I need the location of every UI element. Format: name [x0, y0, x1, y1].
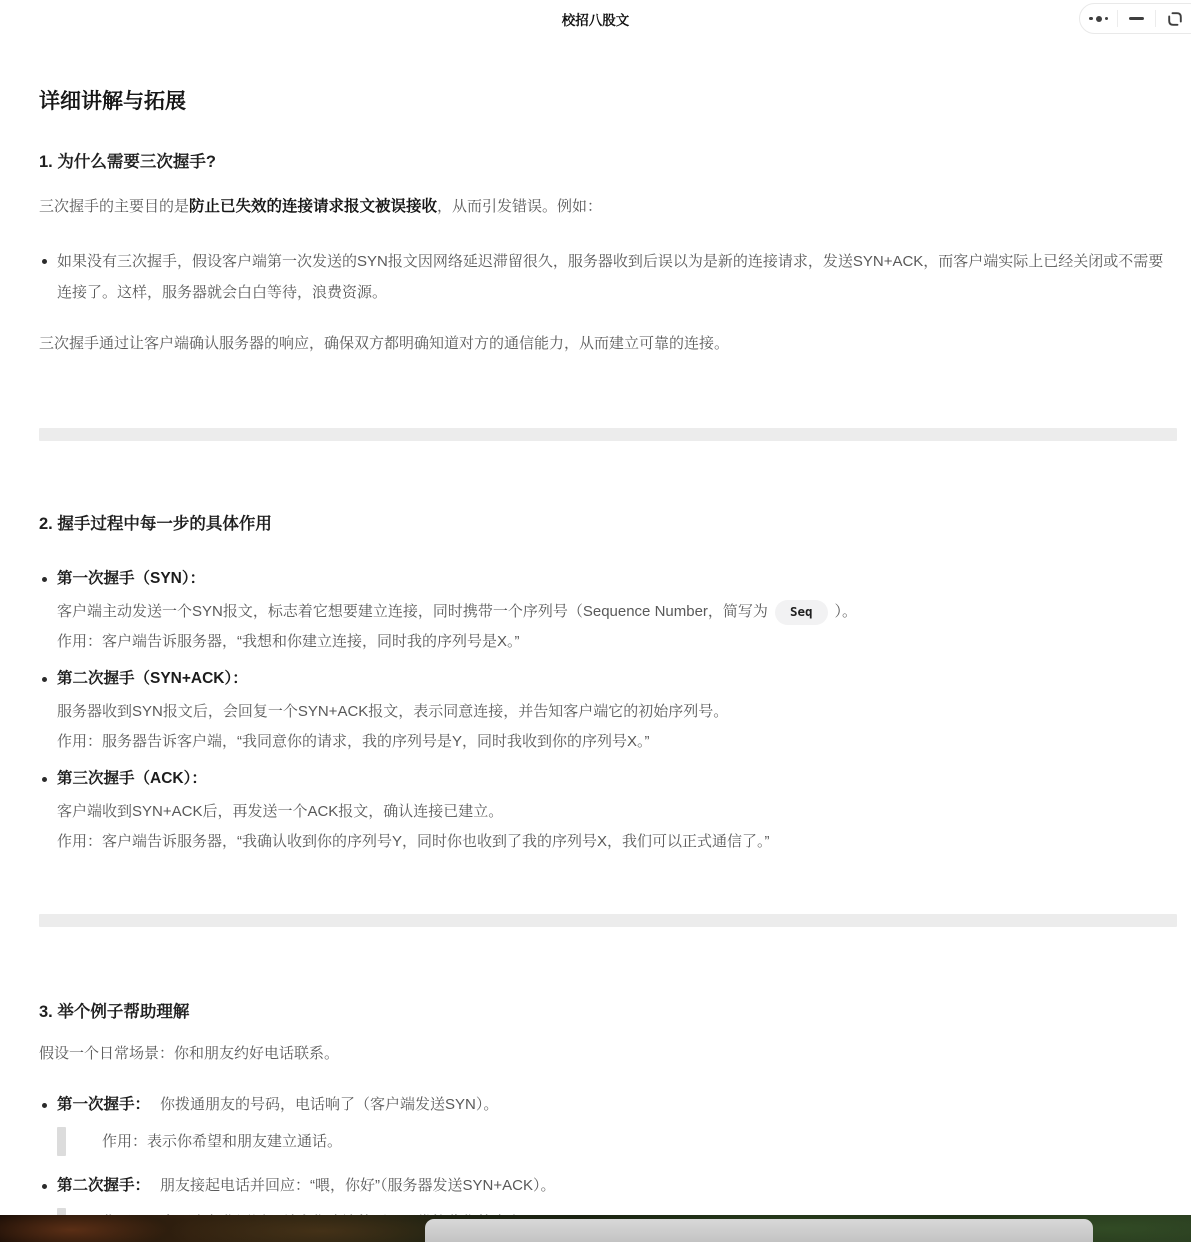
background-window-top[interactable] [425, 1219, 1093, 1242]
more-button[interactable] [1080, 16, 1117, 22]
bullet-icon [42, 777, 47, 782]
handshake1-desc: 客户端主动发送一个SYN报文，标志着它想要建立连接，同时携带一个序列号（Sequ… [57, 597, 1177, 657]
bullet-icon [42, 677, 47, 682]
handshake2-desc: 服务器收到SYN报文后，会回复一个SYN+ACK报文，表示同意连接，并告知客户端… [57, 697, 1177, 757]
doc-heading-main: 详细讲解与拓展 [39, 88, 1177, 115]
document-window: 校招八股文 详细讲解与拓展 1. 为什么需要三次握手? 三次握手的主要目的是防止… [0, 0, 1191, 1215]
list-item: 第二次握手：朋友接起电话并回应：“喂，你好”（服务器发送SYN+ACK）。 作用… [39, 1174, 1177, 1215]
example1-quote: 作用：表示你希望和朋友建立通话。 [57, 1127, 1177, 1156]
section1-intro-bold: 防止已失效的连接请求报文被误接收 [189, 198, 437, 215]
more-icon [1089, 16, 1108, 22]
section1-list: 如果没有三次握手，假设客户端第一次发送的SYN报文因网络延迟滞留很久，服务器收到… [39, 246, 1177, 308]
section-divider [39, 914, 1177, 927]
handshake2-title: 第二次握手（SYN+ACK）： [57, 667, 1177, 691]
list-item: 第一次握手：你拨通朋友的号码，电话响了（客户端发送SYN）。 作用：表示你希望和… [39, 1093, 1177, 1156]
section3-heading: 3. 举个例子帮助理解 [39, 1001, 1177, 1023]
list-item: 第三次握手（ACK）： 客户端收到SYN+ACK后，再发送一个ACK报文，确认连… [39, 767, 1177, 857]
bullet-icon [42, 1103, 47, 1108]
section1-heading: 1. 为什么需要三次握手? [39, 151, 1177, 173]
restore-icon [1166, 10, 1184, 28]
page-title: 校招八股文 [0, 9, 1191, 29]
minimize-icon [1129, 17, 1144, 20]
minimize-button[interactable] [1118, 17, 1155, 20]
bullet-icon [42, 259, 47, 264]
quote-bar [57, 1208, 66, 1215]
section3-intro: 假设一个日常场景：你和朋友约好电话联系。 [39, 1042, 1177, 1066]
restore-button[interactable] [1156, 10, 1191, 28]
section3-list: 第一次握手：你拨通朋友的号码，电话响了（客户端发送SYN）。 作用：表示你希望和… [39, 1093, 1177, 1215]
titlebar: 校招八股文 [0, 0, 1191, 36]
section-divider [39, 428, 1177, 441]
list-item: 第二次握手（SYN+ACK）： 服务器收到SYN报文后，会回复一个SYN+ACK… [39, 667, 1177, 757]
section1-conclusion: 三次握手通过让客户端确认服务器的响应，确保双方都明确知道对方的通信能力，从而建立… [39, 332, 1177, 356]
list-item: 如果没有三次握手，假设客户端第一次发送的SYN报文因网络延迟滞留很久，服务器收到… [39, 246, 1177, 308]
section2-list: 第一次握手（SYN）： 客户端主动发送一个SYN报文，标志着它想要建立连接，同时… [39, 567, 1177, 857]
document-body: 详细讲解与拓展 1. 为什么需要三次握手? 三次握手的主要目的是防止已失效的连接… [0, 88, 1191, 1215]
seq-badge: Seq [775, 600, 828, 625]
window-capsule [1079, 3, 1191, 34]
bullet-icon [42, 577, 47, 582]
example2-line: 第二次握手：朋友接起电话并回应：“喂，你好”（服务器发送SYN+ACK）。 [57, 1174, 1177, 1198]
example2-quote: 作用：朋友同意与你通话，并向你确认他可以正常接收你的声音。 [57, 1208, 1177, 1215]
handshake3-desc: 客户端收到SYN+ACK后，再发送一个ACK报文，确认连接已建立。作用：客户端告… [57, 797, 1177, 857]
section1-intro: 三次握手的主要目的是防止已失效的连接请求报文被误接收，从而引发错误。例如： [39, 195, 1177, 219]
handshake1-title: 第一次握手（SYN）： [57, 567, 1177, 591]
handshake3-title: 第三次握手（ACK）： [57, 767, 1177, 791]
desktop-wallpaper [0, 1215, 1191, 1242]
quote-bar [57, 1127, 66, 1156]
section2-heading: 2. 握手过程中每一步的具体作用 [39, 513, 1177, 535]
bullet-icon [42, 1184, 47, 1189]
list-item: 第一次握手（SYN）： 客户端主动发送一个SYN报文，标志着它想要建立连接，同时… [39, 567, 1177, 657]
example1-line: 第一次握手：你拨通朋友的号码，电话响了（客户端发送SYN）。 [57, 1093, 1177, 1117]
